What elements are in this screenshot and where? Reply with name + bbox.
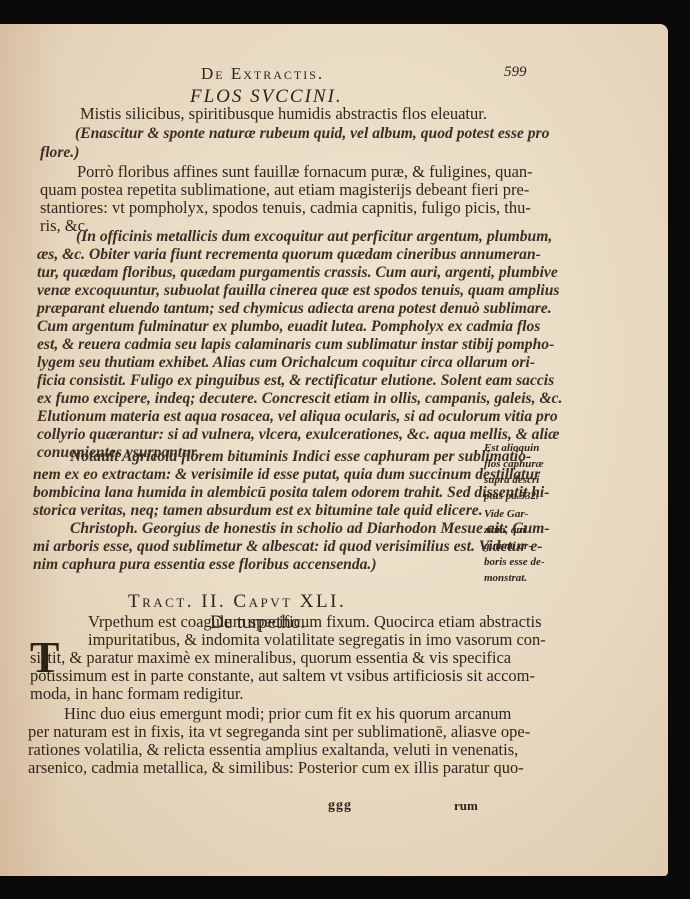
text-line: est, & reuera cadmia seu lapis calaminar… [37,336,554,353]
chapter-heading: Tract. II. Capvt XLI. [128,591,346,613]
text-line: potissimum est in parte constante, aut s… [30,667,535,684]
text-line: Cum argentum fulminatur ex plumbo, euadi… [37,318,540,335]
text-line: Hinc duo eius emergunt modi; prior cum f… [64,705,511,722]
text-line: collyrio quærantur: si ad vulnera, vlcer… [37,426,559,443]
text-line: mi arboris esse, quod sublimetur & albes… [33,538,542,555]
text-line: nem ex eo extractam: & verisimile id ess… [33,466,540,483]
margin-note: monstrat. [484,570,527,586]
catchword: rum [454,798,478,814]
text-line: moda, in hanc formam redigitur. [30,685,244,702]
text-line: Christoph. Georgius de honestis in schol… [70,520,550,537]
margin-note: gummi ar- [484,538,532,554]
text-line: æs, &c. Obiter varia fiunt recrementa qu… [37,246,541,263]
text-line: ex fumo excipere, indeq; decutere. Concr… [37,390,562,407]
running-head: De Extractis. [201,64,324,84]
text-line: flore.) [40,144,79,161]
text-line: venæ excoquuntur, subuolat fauilla ciner… [37,282,559,299]
page-number: 599 [504,64,527,81]
text-line: quam postea repetita sublimatione, aut e… [40,181,529,198]
text-line: ficia consistit. Fuligo ex pinguibus est… [37,372,554,389]
text-line: rationes volatilia, & relicta essentia a… [28,741,518,758]
text-line: stantiores: vt pompholyx, spodos tenuis,… [40,199,531,216]
margin-note: ptus pa.332. [484,488,539,504]
margin-note: flos caphuræ [484,456,544,472]
text-line: præparant eluendo tantum; sed chymicus a… [37,300,552,317]
margin-note: supra descri [484,472,539,488]
margin-note: ziam, qui [484,522,526,538]
text-line: Mistis silicibus, spiritibusque humidis … [80,105,487,122]
signature-mark: ggg [328,798,352,814]
text-line: (In officinis metallicis dum excoquitur … [76,228,552,245]
text-line: tur, quædam floribus, quædam purgamentis… [37,264,558,281]
book-page: De Extractis. 599 FLOS SVCCINI. Mistis s… [0,24,668,876]
text-line: sistit, & paratur maximè ex mineralibus,… [30,649,511,666]
margin-note: Est alioquin [484,440,539,456]
text-line: impuritatibus, & indomita volatilitate s… [88,631,546,648]
text-line: Elutionum materia est aqua rosacea, vel … [37,408,558,425]
text-line: Porrò floribus affines sunt fauillæ forn… [77,163,533,180]
text-line: bombicina lana humida in alembicū posita… [33,484,549,501]
text-line: arsenico, cadmia metallica, & similibus:… [28,759,524,776]
text-line: nim caphura pura essentia esse floribus … [33,556,377,573]
text-line: lygem seu thutiam exhibet. Alias cum Ori… [37,354,535,371]
text-line: Notauit Agricola florem bituminis Indici… [70,448,531,465]
text-line: (Enascitur & sponte naturæ rubeum quid, … [75,125,549,142]
text-line: per naturam est in fixis, ita vt segrega… [28,723,530,740]
margin-note: boris esse de- [484,554,545,570]
margin-note: Vide Gar- [484,506,528,522]
text-line: Vrpethum est coagulum specificum fixum. … [88,613,542,630]
text-line: storica veritas, neq; tamen absurdum est… [33,502,483,519]
